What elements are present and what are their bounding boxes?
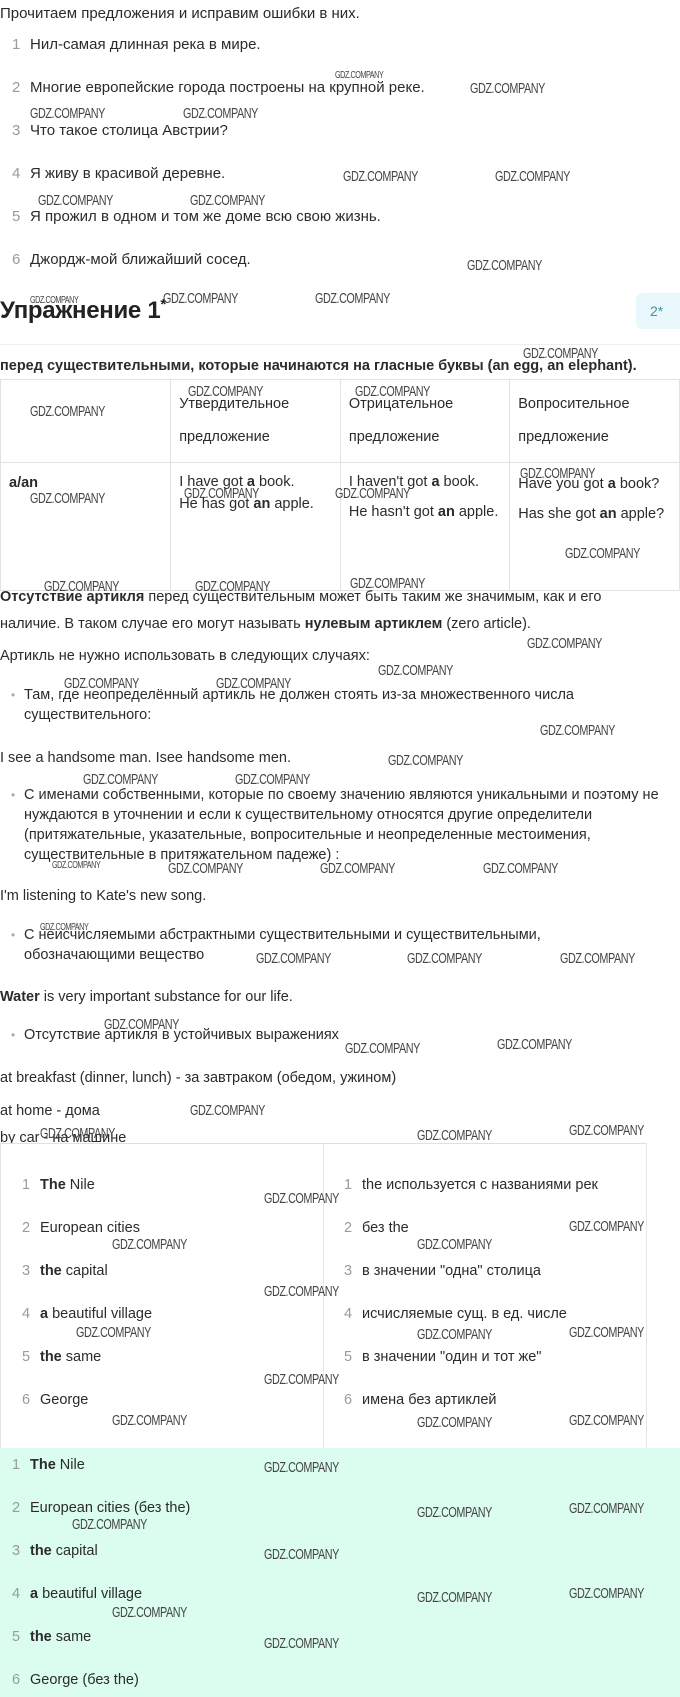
table-header-row: Утвердительное предложение Отрицательное… (1, 380, 680, 463)
zero-article-paragraph: наличие. В таком случае его могут называ… (0, 616, 531, 632)
matching-divider (323, 1144, 324, 1449)
answer-item: 4a beautiful village (12, 1586, 142, 1602)
case-bullet: С неисчисляемыми абстрактными существите… (12, 925, 652, 965)
article-table: Утвердительное предложение Отрицательное… (0, 379, 680, 591)
match-left-item: 6George (22, 1392, 88, 1408)
table-cell-negative: I haven't got a book. He hasn't got an a… (340, 463, 509, 591)
answer-item: 3the capital (12, 1543, 98, 1559)
watermark-text: GDZ.COMPANY (163, 290, 238, 307)
example-sentence: Has she got an apple? (518, 501, 671, 528)
match-right-item: 6имена без артиклей (344, 1392, 496, 1408)
question-item: 3Что такое столица Австрии? (12, 122, 228, 139)
expression: by car - на машине (0, 1130, 126, 1143)
watermark-text: GDZ.COMPANY (183, 105, 258, 122)
watermark-text: GDZ.COMPANY (343, 168, 418, 185)
match-right-item: 5в значении "один и тот же" (344, 1349, 541, 1365)
answer-item: 5the same (12, 1629, 91, 1645)
match-right-item: 3в значении "одна" столица (344, 1263, 541, 1279)
example-sentence: He has got an apple. (179, 493, 332, 515)
example-sentence: Have you got a book? (518, 471, 671, 498)
expression: at breakfast (dinner, lunch) - за завтра… (0, 1070, 396, 1086)
watermark-text: GDZ.COMPANY (495, 168, 570, 185)
match-left-item: 2European cities (22, 1220, 140, 1236)
question-item: 4Я живу в красивой деревне. (12, 165, 225, 182)
zero-article-intro: Артикль не нужно использовать в следующи… (0, 648, 370, 664)
watermark-text: GDZ.COMPANY (527, 635, 602, 652)
example-sentence: I haven't got a book. (349, 471, 501, 493)
case-bullet: С именами собственными, которые по своем… (12, 785, 677, 865)
table-row: a/an I have got a book. He has got an ap… (1, 463, 680, 591)
rule-line: перед существительными, которые начинают… (0, 358, 637, 374)
watermark-text: GDZ.COMPANY (378, 662, 453, 679)
example-sentence: I have got a book. (179, 471, 332, 493)
table-cell-question: Have you got a book? Has she got an appl… (510, 463, 680, 591)
watermark-text: GDZ.COMPANY (315, 290, 390, 307)
watermark-text: GDZ.COMPANY (388, 752, 463, 769)
watermark-text: GDZ.COMPANY (190, 192, 265, 209)
table-cell-label: a/an (1, 463, 171, 591)
question-item: 1Нил-самая длинная река в мире. (12, 36, 261, 53)
case-bullet: Отсутствие артикля в устойчивых выражени… (12, 1025, 672, 1045)
case-bullet: Там, где неопределённый артикль не долже… (12, 685, 662, 725)
table-header-cell: Вопросительное предложение (510, 380, 680, 463)
exercise-title: Упражнение 1* (0, 296, 166, 325)
table-header-cell: Утвердительное предложение (171, 380, 341, 463)
match-left-item: 3the capital (22, 1263, 108, 1279)
next-exercise-badge[interactable]: 2* (636, 293, 680, 329)
watermark-text: GDZ.COMPANY (30, 105, 105, 122)
watermark-text: GDZ.COMPANY (417, 1127, 492, 1144)
match-left-item: 4a beautiful village (22, 1306, 152, 1322)
case-example: Water is very important substance for ou… (0, 989, 293, 1005)
answer-item: 1The Nile (12, 1457, 85, 1473)
match-left-item: 5the same (22, 1349, 101, 1365)
watermark-text: GDZ.COMPANY (190, 1102, 265, 1119)
watermark-text: GDZ.COMPANY (467, 257, 542, 274)
answer-panel (0, 1448, 680, 1697)
watermark-text: GDZ.COMPANY (38, 192, 113, 209)
clipped-text-line (0, 344, 680, 349)
expression: at home - дома (0, 1103, 100, 1119)
intro-text: Прочитаем предложения и исправим ошибки … (0, 5, 360, 22)
match-right-item: 4исчисляемые сущ. в ед. числе (344, 1306, 567, 1322)
answer-item: 6George (без the) (12, 1672, 139, 1688)
watermark-text: GDZ.COMPANY (470, 80, 545, 97)
match-left-item: 1The Nile (22, 1177, 95, 1193)
question-item: 2Многие европейские города построены на … (12, 79, 425, 96)
zero-article-paragraph: Отсутствие артикля перед существительным… (0, 589, 601, 605)
match-right-item: 2без the (344, 1220, 409, 1236)
case-example: I'm listening to Kate's new song. (0, 888, 206, 904)
answer-item: 2European cities (без the) (12, 1500, 190, 1516)
question-item: 5Я прожил в одном и том же доме всю свою… (12, 208, 381, 225)
question-item: 6Джордж-мой ближайший сосед. (12, 251, 251, 268)
watermark-text: GDZ.COMPANY (569, 1122, 644, 1139)
case-example: I see a handsome man. Isee handsome men. (0, 750, 291, 766)
example-sentence: He hasn't got an apple. (349, 499, 501, 526)
match-right-item: 1the используется с названиями рек (344, 1177, 598, 1193)
table-header-cell: Отрицательное предложение (340, 380, 509, 463)
table-header-cell (1, 380, 171, 463)
table-cell-affirmative: I have got a book. He has got an apple. (171, 463, 341, 591)
